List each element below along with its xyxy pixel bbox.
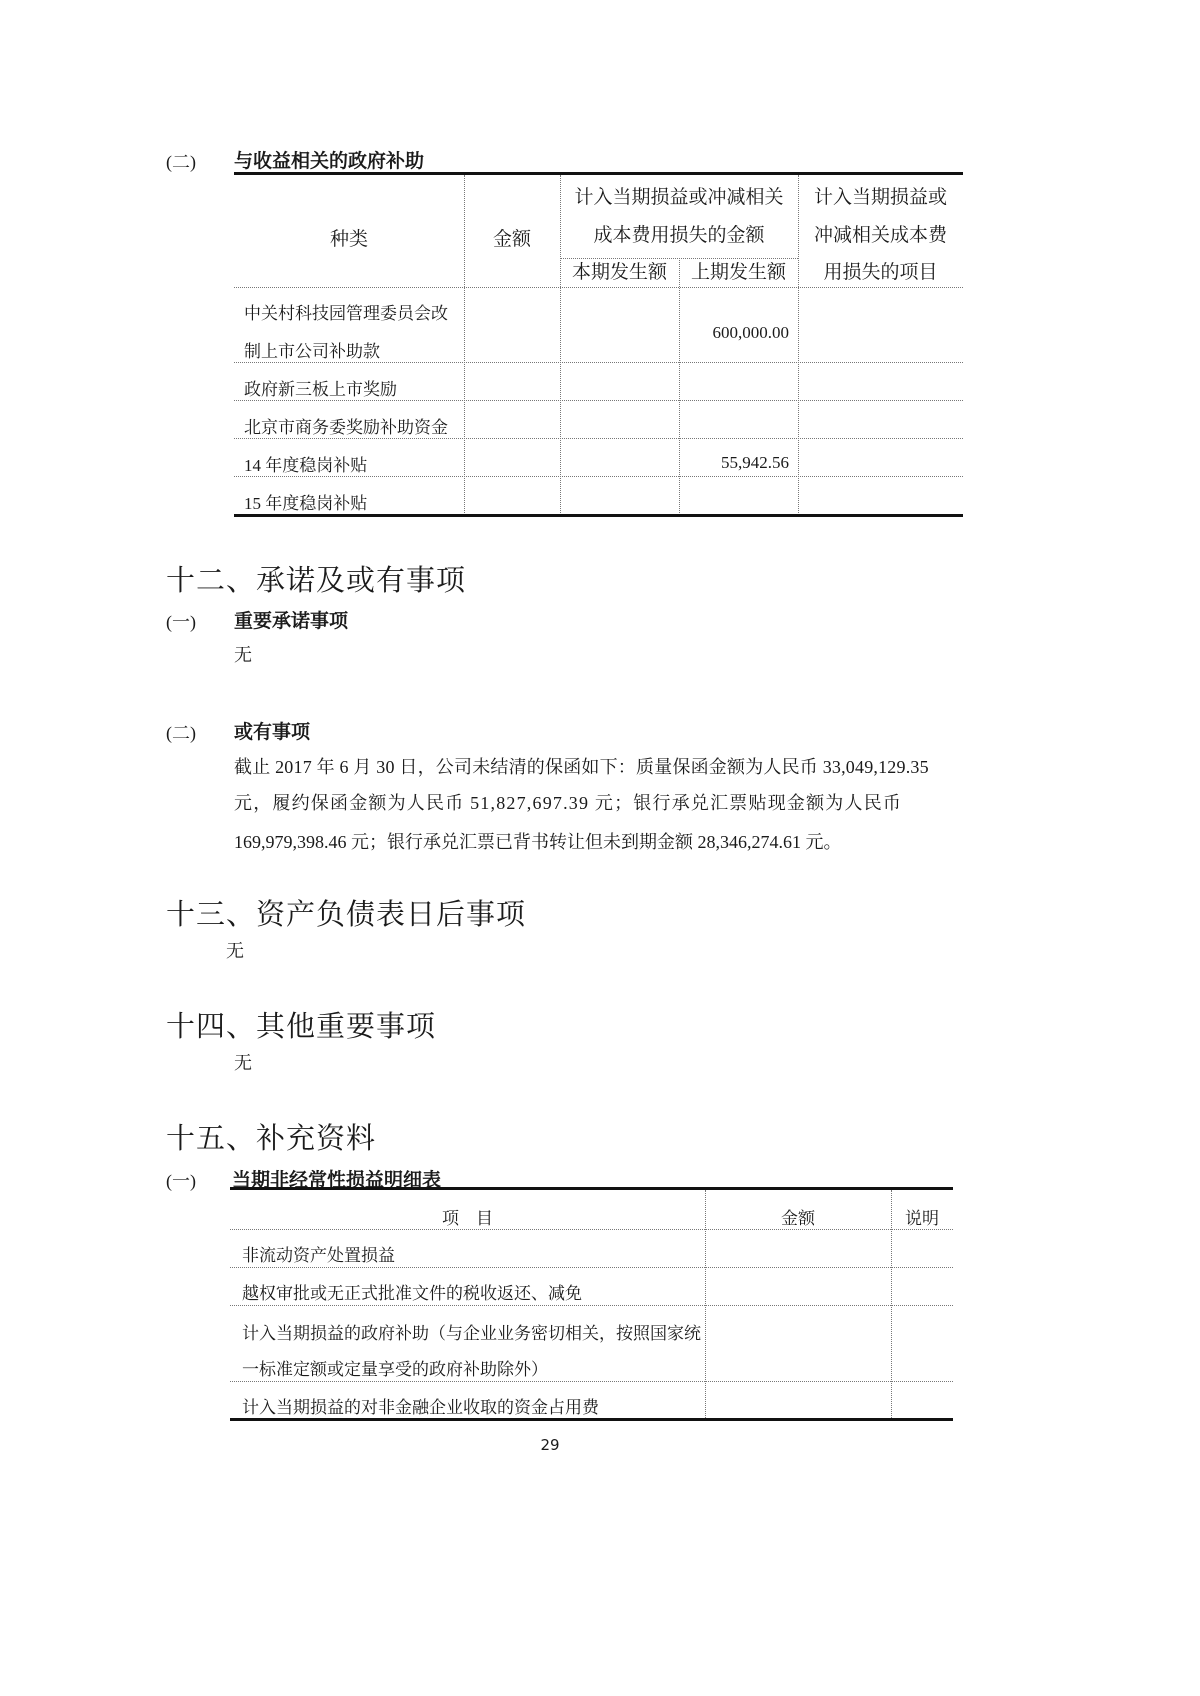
header-current-period: 本期发生额 — [560, 254, 679, 292]
body-text: 无 — [234, 633, 252, 677]
cell-type: 中关村科技园管理委员会改 — [244, 298, 448, 324]
cell-type: 政府新三板上市奖励 — [244, 374, 397, 400]
row-divider — [230, 1381, 953, 1382]
cell-type: 北京市商务委奖励补助资金 — [244, 412, 448, 438]
subsection-number: (一) — [166, 1167, 196, 1193]
body-text: 无 — [226, 929, 244, 973]
page-number: 29 — [0, 1436, 1100, 1454]
header-amount: 金额 — [705, 1203, 891, 1229]
cell-item: 非流动资产处置损益 — [242, 1240, 395, 1266]
body-text: 无 — [234, 1041, 252, 1085]
table-bottom-rule — [234, 514, 963, 517]
header-prior-period: 上期发生额 — [679, 254, 798, 292]
header-item-line1: 计入当期损益或 — [798, 179, 963, 217]
table-bottom-rule — [230, 1418, 953, 1421]
header-item-line2: 冲减相关成本费 — [798, 217, 963, 255]
header-type: 种类 — [234, 218, 464, 256]
section-heading: 十三、资产负债表日后事项 — [166, 892, 526, 933]
header-item: 项 目 — [230, 1203, 705, 1229]
subsection-number: (二) — [166, 148, 196, 174]
cell-prior: 600,000.00 — [679, 318, 789, 348]
cell-item: 计入当期损益的对非金融企业收取的资金占用费 — [242, 1392, 599, 1418]
body-text: 169,979,398.46 元；银行承兑汇票已背书转让但未到期金额 28,34… — [234, 820, 842, 864]
row-divider — [234, 362, 963, 363]
header-item-line3: 用损失的项目 — [798, 254, 963, 292]
header-recognized-line1: 计入当期损益或冲减相关 — [560, 179, 798, 217]
header-note: 说明 — [891, 1203, 953, 1229]
cell-type: 14 年度稳岗补贴 — [244, 450, 367, 476]
section-heading: 十四、其他重要事项 — [166, 1004, 436, 1045]
subsection-number: (一) — [166, 608, 196, 634]
header-recognized-line2: 成本费用损失的金额 — [560, 217, 798, 255]
cell-type-cont: 制上市公司补助款 — [244, 336, 380, 362]
table-top-rule — [234, 172, 963, 175]
cell-item-cont: 一标准定额或定量享受的政府补助除外） — [242, 1354, 548, 1380]
row-divider — [230, 1305, 953, 1306]
cell-type: 15 年度稳岗补贴 — [244, 488, 367, 514]
cell-item: 越权审批或无正式批准文件的税收返还、减免 — [242, 1278, 582, 1304]
section-heading: 十二、承诺及或有事项 — [166, 558, 466, 599]
subsection-number: (二) — [166, 719, 196, 745]
cell-prior: 55,942.56 — [679, 450, 789, 476]
subsection-title: 与收益相关的政府补助 — [234, 146, 424, 173]
body-text: 元，履约保函金额为人民币 51,827,697.39 元；银行承兑汇票贴现金额为… — [234, 781, 902, 825]
row-divider — [234, 438, 963, 439]
row-divider — [234, 400, 963, 401]
row-divider — [230, 1267, 953, 1268]
row-divider — [230, 1229, 953, 1230]
section-heading: 十五、补充资料 — [166, 1116, 376, 1157]
subsection-title: 或有事项 — [234, 717, 310, 744]
row-divider — [234, 476, 963, 477]
table-top-rule — [230, 1187, 953, 1190]
subsection-title: 重要承诺事项 — [234, 606, 348, 633]
cell-item: 计入当期损益的政府补助（与企业业务密切相关，按照国家统 — [242, 1318, 701, 1344]
header-amount: 金额 — [464, 218, 560, 256]
